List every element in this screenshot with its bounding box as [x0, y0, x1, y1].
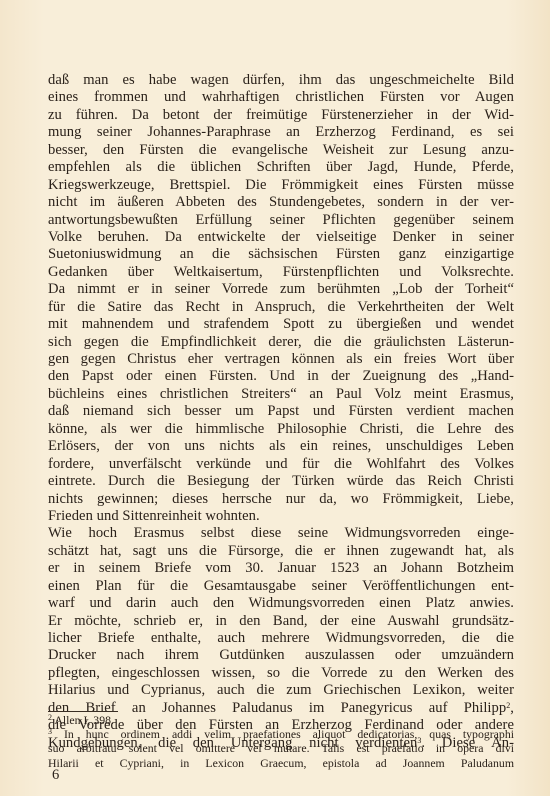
footnote-3-cont: Hilarii et Cypriani, in Lexicon Graecum,… [48, 756, 514, 770]
text-line: Wie hoch Erasmus selbst diese seine Widm… [48, 525, 514, 542]
text-line: Drucker nach ihrem Gutdünken auszulassen… [48, 647, 514, 664]
text-line: schätzt hat, sagt uns die Fürsorge, die … [48, 543, 514, 560]
footnote-text: In hunc ordinem addi velim praefationes … [64, 727, 514, 741]
text-line: sich gegen die Empfindlichkeit derer, di… [48, 334, 514, 351]
text-line: zu führen. Da betont der freimütige Fürs… [48, 107, 514, 124]
text-line: warf und darin auch den Widmungsvorreden… [48, 595, 514, 612]
text-line: mit mahnendem und strafendem Spott zu üb… [48, 316, 514, 333]
text-line: Erlösers, der von uns nichts als ein rei… [48, 438, 514, 455]
text-line: antwortungsbewußten Erfüllung seiner Pfl… [48, 212, 514, 229]
text-line: daß man es habe wagen dürfen, ihm das un… [48, 72, 514, 89]
text-line: könne, als wer die himmlische Philosophi… [48, 421, 514, 438]
text-line: für die Satire das Recht in Anspruch, di… [48, 299, 514, 316]
text-line: Kriegswerkzeuge, Brettspiel. Die Frömmig… [48, 177, 514, 194]
text-line: Er möchte, schrieb er, in den Band, der … [48, 613, 514, 630]
text-line: licher Briefe enthalte, auch mehrere Wid… [48, 630, 514, 647]
footnote-3-cont: suo arbitratu solent vel omittere vel mu… [48, 741, 514, 755]
text-line: den Papst oder einen Fürsten. Und in der… [48, 368, 514, 385]
text-line: eines frommen und wahrhaftigen christlic… [48, 89, 514, 106]
text-line: büchleins eines christlichen Streiters“ … [48, 386, 514, 403]
text-line: einen Plan für die Gesamtausgabe seiner … [48, 578, 514, 595]
text-line: mung seiner Johannes-Paraphrase an Erzhe… [48, 124, 514, 141]
footnote-divider [48, 711, 118, 712]
text-line: eintrete. Durch die Besiegung der Türken… [48, 473, 514, 490]
text-line: daß niemand sich besser um Papst und Für… [48, 403, 514, 420]
footnote-text: Allen I, 398. [54, 713, 114, 727]
text-line: nichts gewinnen; dieses herrsche nur da,… [48, 491, 514, 508]
text-line: besser, den Fürsten die evangelische Wei… [48, 142, 514, 159]
body-text: daß man es habe wagen dürfen, ihm das un… [48, 72, 514, 752]
text-line: er in seinem Briefe vom 30. Januar 1523 … [48, 560, 514, 577]
text-line: gen gegen Christus eher vertragen können… [48, 351, 514, 368]
text-line: nicht im äußeren Abbeten des Stundengebe… [48, 194, 514, 211]
footnote-3: 3 In hunc ordinem addi velim praefatione… [48, 727, 514, 741]
book-page: daß man es habe wagen dürfen, ihm das un… [0, 0, 550, 796]
text-line: pflegten, eingeschlossen wissen, so die … [48, 665, 514, 682]
text-line: fordere, unverfälscht verkünde und für d… [48, 456, 514, 473]
text-line: Suetoniuswidmung an die sächsischen Fürs… [48, 246, 514, 263]
text-line: Volke beruhen. Da entwickelte der vielse… [48, 229, 514, 246]
page-number: 6 [52, 767, 59, 784]
footnote-marker: 2 [48, 713, 52, 722]
text-line: Frieden und Sittenreinheit wohnten. [48, 508, 514, 525]
text-line: empfehlen als die üblichen Schriften übe… [48, 159, 514, 176]
text-line: Hilarius und Cyprianus, auch die zum Gri… [48, 682, 514, 699]
footnotes: 2 Allen I, 398. 3 In hunc ordinem addi v… [48, 713, 514, 770]
footnote-2: 2 Allen I, 398. [48, 713, 514, 727]
text-line: Gedanken über Weltkaisertum, Fürstenpfli… [48, 264, 514, 281]
text-line: Da nimmt er in seiner Vorrede zum berühm… [48, 281, 514, 298]
footnote-marker: 3 [48, 727, 52, 736]
